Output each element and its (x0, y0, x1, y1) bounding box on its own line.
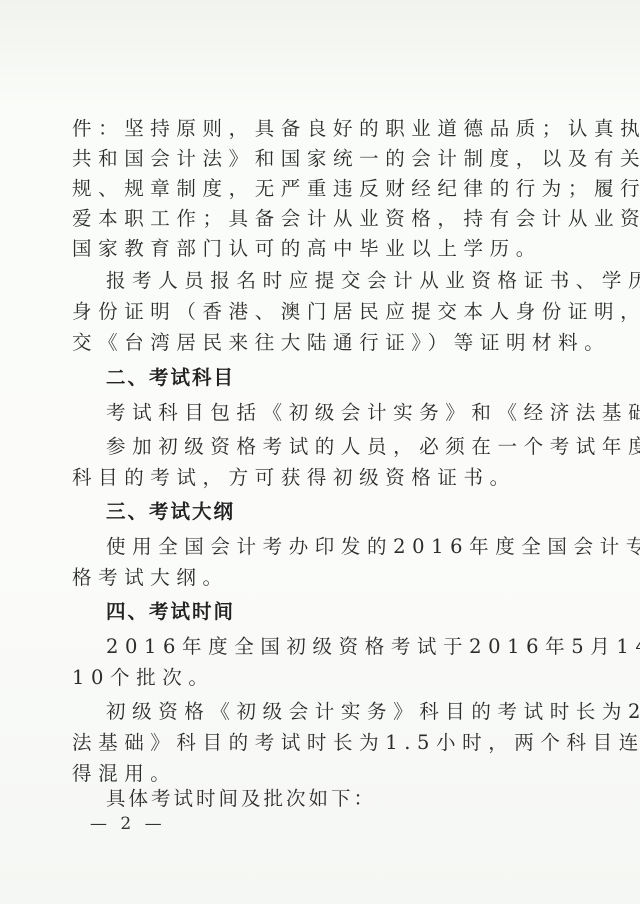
body-text-line: 2016年度全国初级资格考试于2016年5月14日至18日举行，共 (106, 635, 601, 659)
body-text-line: 初级资格《初级会计实务》科目的考试时长为2小时，《经济 (106, 700, 601, 724)
body-text-line: 科目的考试，方可获得初级资格证书。 (72, 466, 567, 490)
document-page: 件：坚持原则，具备良好的职业道德品质；认真执行《中华人民 共和国会计法》和国家统… (0, 0, 640, 904)
body-text-line: 身份证明（香港、澳门居民应提交本人身份证明，台湾居民应提 (72, 300, 567, 324)
page-number: — 2 — (90, 814, 166, 834)
section-heading-syllabus: 三、考试大纲 (106, 500, 601, 524)
body-text-line: 格考试大纲。 (72, 566, 567, 590)
body-text-line: 考试科目包括《初级会计实务》和《经济法基础》。 (106, 401, 601, 425)
body-text-line: 报考人员报名时应提交会计从业资格证书、学历证书、居民 (106, 269, 601, 293)
section-heading-subjects: 二、考试科目 (106, 366, 601, 390)
body-text-line: 规、规章制度，无严重违反财经纪律的行为；履行岗位职责，热 (72, 177, 567, 201)
body-text-line: 得混用。 (72, 762, 567, 786)
section-heading-time: 四、考试时间 (106, 600, 601, 624)
body-text-line: 国家教育部门认可的高中毕业以上学历。 (72, 237, 567, 261)
body-text-line: 共和国会计法》和国家统一的会计制度，以及有关财经法律、法 (72, 147, 567, 171)
body-text-line: 爱本职工作；具备会计从业资格，持有会计从业资格证书；具备 (72, 207, 567, 231)
body-text-line: 法基础》科目的考试时长为1.5小时，两个科目连续考试，时间不 (72, 731, 567, 755)
body-text-line: 10个批次。 (72, 666, 567, 690)
body-text-line: 使用全国会计考办印发的2016年度全国会计专业技术初级资 (106, 535, 601, 559)
body-text-line: 交《台湾居民来往大陆通行证》）等证明材料。 (72, 331, 567, 355)
body-text-line: 件：坚持原则，具备良好的职业道德品质；认真执行《中华人民 (72, 117, 567, 141)
body-text-line: 具体考试时间及批次如下： (106, 787, 601, 811)
body-text-line: 参加初级资格考试的人员，必须在一个考试年度内通过全部 (106, 435, 601, 459)
